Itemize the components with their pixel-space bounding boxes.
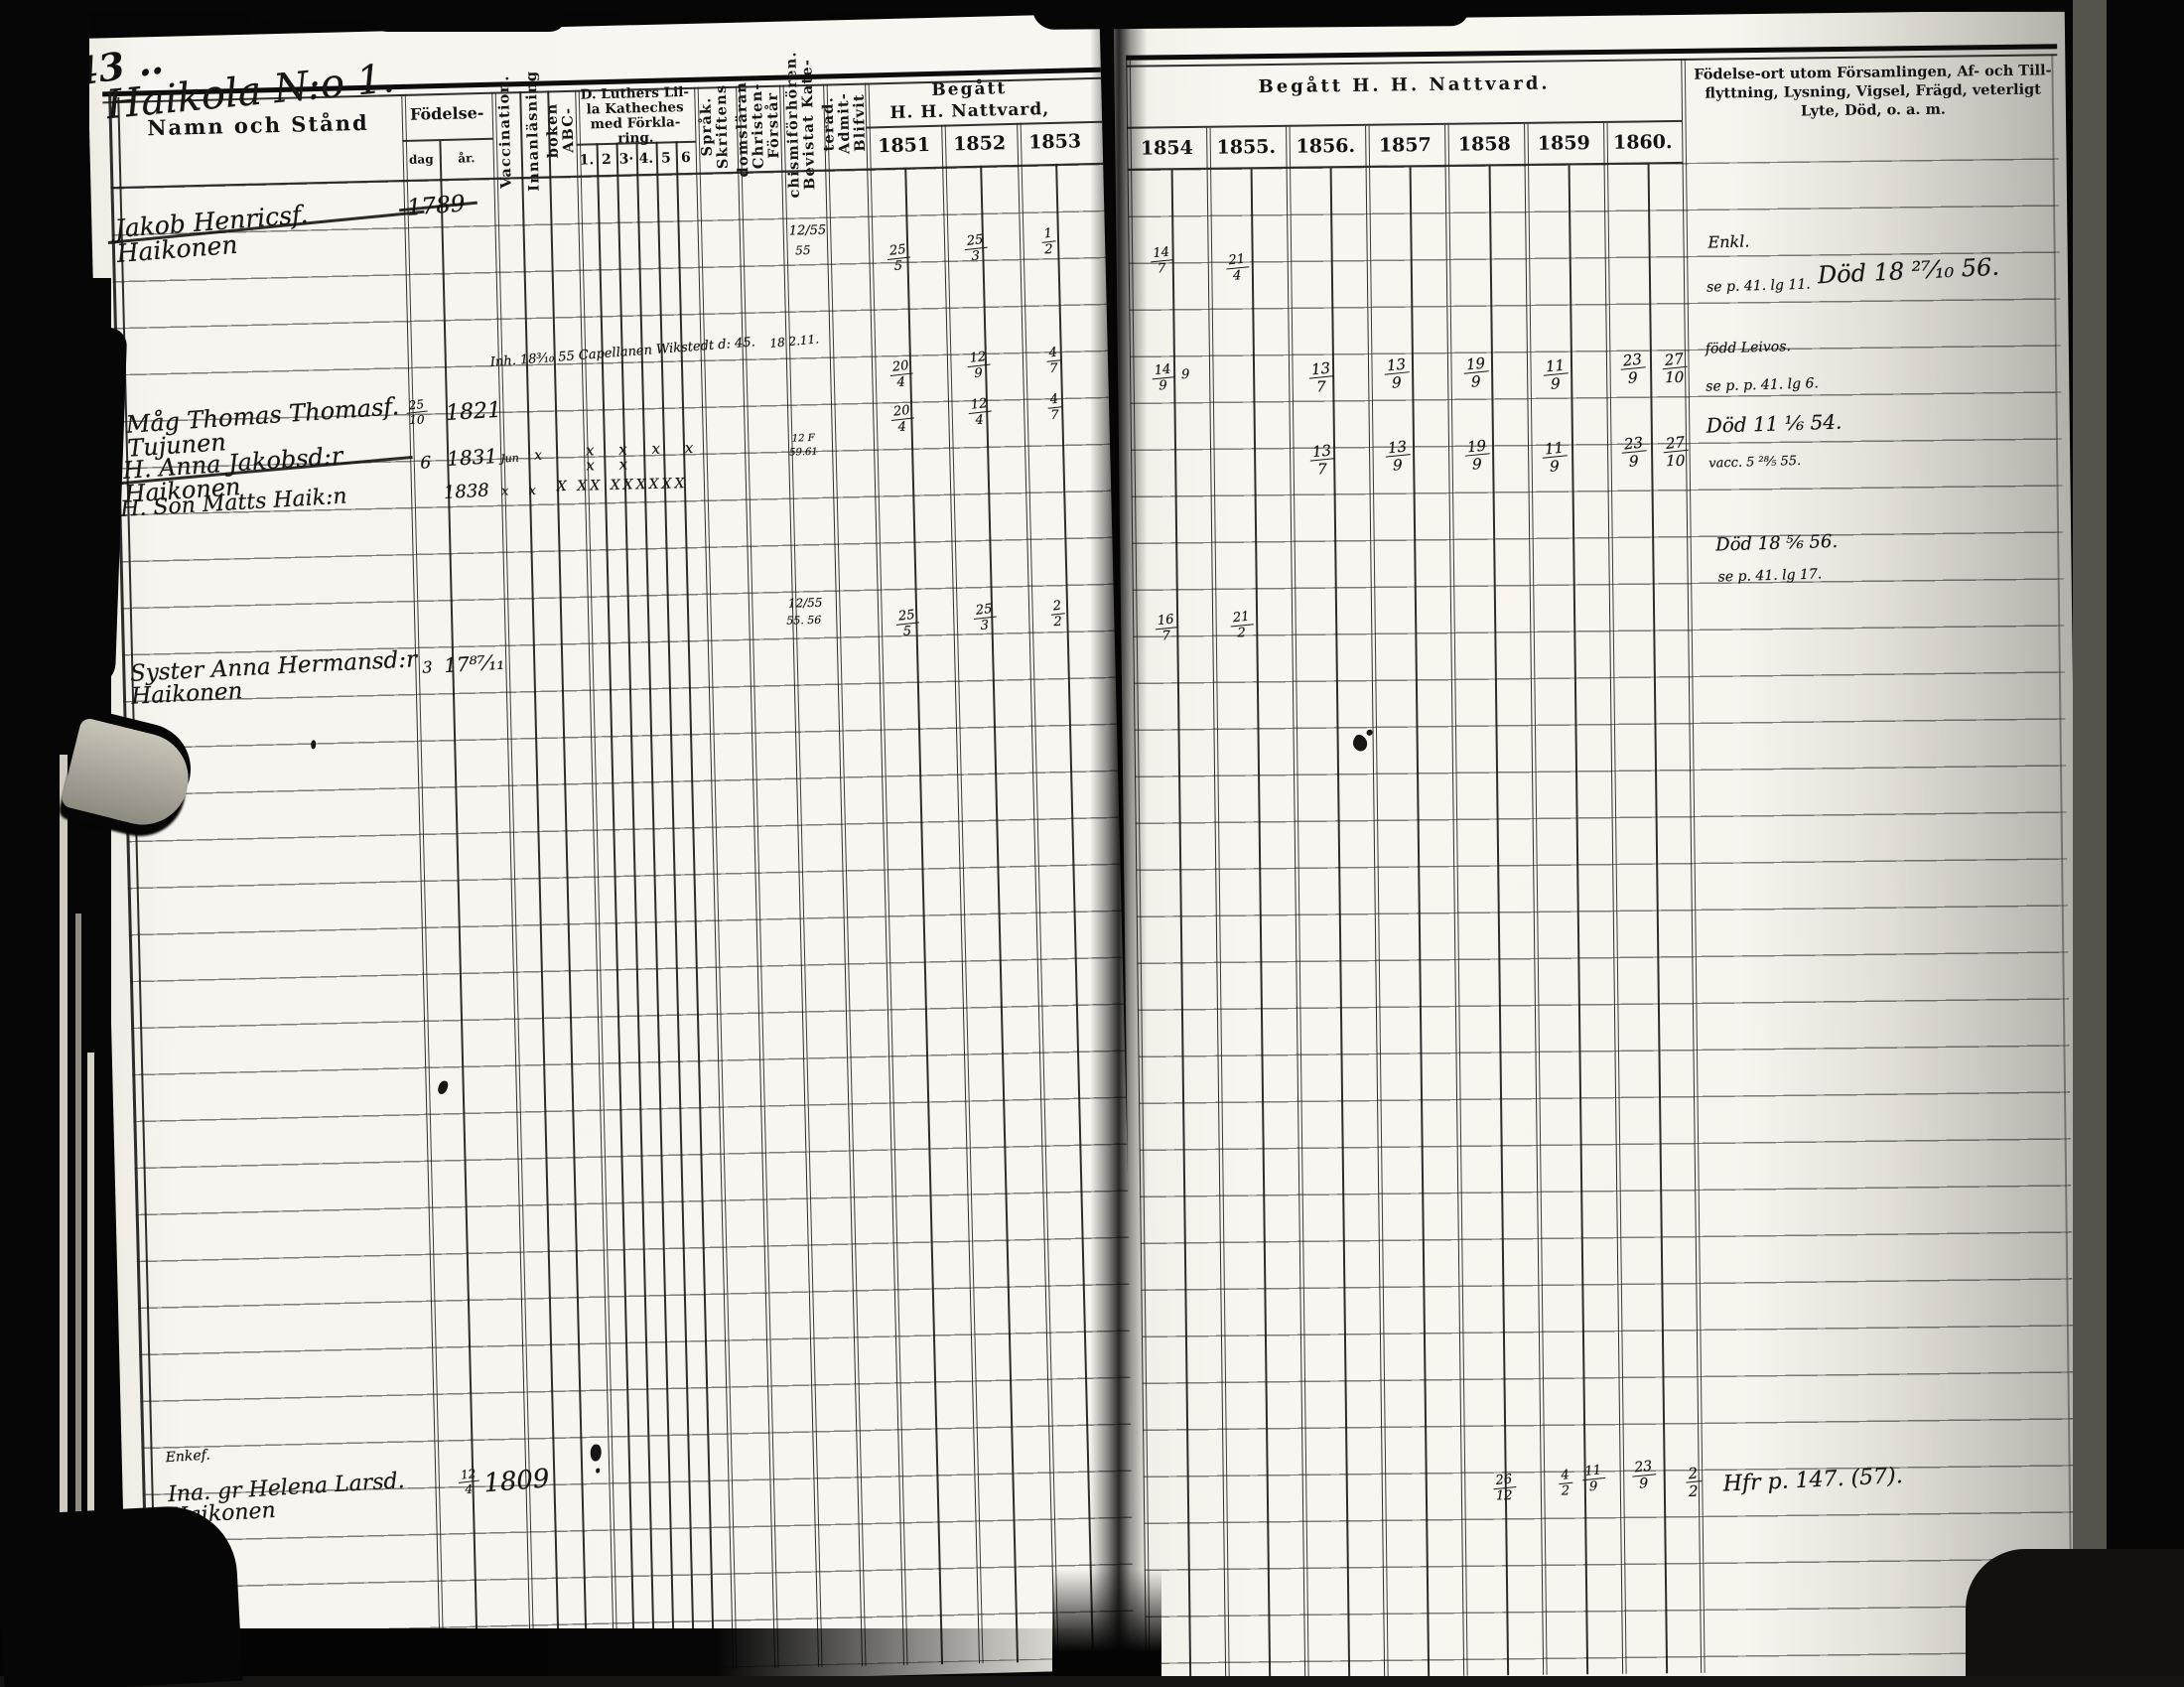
handwriting-row2-1854b: 9: [1181, 368, 1189, 381]
handwriting-row8-title: Enkef.: [165, 1449, 210, 1466]
bevistat-label: Bevistat Kate- chismiförhören.: [784, 51, 819, 199]
fraction-denominator: 7: [1316, 379, 1326, 393]
birth-column-header: Födelse-: [402, 104, 492, 124]
fraction-numerator: 26: [1492, 1474, 1516, 1490]
fraction-numerator: 12: [967, 398, 991, 415]
fraction-numerator: 12: [966, 351, 990, 368]
fraction-denominator: 9: [1471, 374, 1481, 388]
top-border: [1126, 44, 2057, 60]
fraction-denominator: 4: [898, 422, 907, 435]
forstar-label: Förstår Christen- domsläran.: [733, 73, 781, 177]
fraction-denominator: 9: [1472, 457, 1482, 471]
catechism-number-4: 4.: [636, 152, 656, 168]
fraction-denominator: 7: [1158, 263, 1165, 275]
handwriting-row5-vacc: x x: [501, 485, 544, 498]
fraction-numerator: 16: [1155, 614, 1178, 631]
fraction-denominator: 4: [465, 1484, 473, 1496]
right-page-shadow: [2073, 0, 2107, 1687]
handwriting-row4-1856: 137: [1309, 444, 1334, 476]
handwriting-row2-1860a: 239: [1620, 352, 1645, 384]
fraction-numerator: 4: [1558, 1470, 1573, 1485]
handwriting-row7-birthday: 3: [422, 659, 433, 675]
fraction-numerator: 11: [1541, 440, 1568, 459]
fraction-numerator: 25: [887, 244, 910, 261]
fraction-denominator: 9: [974, 368, 983, 381]
fraction-denominator: 2: [1689, 1484, 1699, 1498]
fraction-numerator: 19: [1462, 355, 1489, 374]
handwriting-row2-1857: 139: [1384, 357, 1409, 389]
birth-day-header: dag: [403, 153, 440, 167]
handwriting-mid-note-a: Död 18 ⁵⁄₆ 56.: [1715, 533, 1838, 555]
fraction-numerator: 13: [1307, 360, 1334, 379]
sprak-label: Skriftens Språk.: [698, 80, 732, 173]
fraction-numerator: 4: [1045, 347, 1061, 362]
communion-right-label: Begått H. H. Nattvard.: [1126, 72, 1682, 99]
fraction-numerator: 23: [1631, 1460, 1656, 1477]
fraction-numerator: 19: [1463, 438, 1490, 457]
fraction-numerator: 2: [1685, 1466, 1702, 1483]
fraction-numerator: 27: [1662, 435, 1689, 454]
handwriting-row1-note-a: Enkl.: [1707, 233, 1749, 250]
handwriting-row6-exam-a: 12/55: [788, 597, 823, 610]
handwriting-row5-birthyear: 1838: [444, 482, 490, 502]
top-smudge: [1032, 0, 1469, 30]
fraction-denominator: 2: [1044, 244, 1053, 257]
year-header-1856: 1856.: [1286, 136, 1365, 158]
fraction-numerator: 25: [963, 234, 987, 251]
catechism-column-header: D. Luthers Lil- la Katheches med Förkla-…: [575, 85, 695, 148]
communion-left-label-2: H. H. Nattvard,: [866, 99, 1074, 123]
handwriting-mid-note-b: se p. 41. lg 17.: [1717, 567, 1822, 584]
handwriting-row3-birthday: 2510: [406, 399, 428, 426]
fraction-numerator: 14: [1150, 246, 1173, 263]
fraction-denominator: 9: [1392, 375, 1402, 389]
handwriting-row2-1860b: 2710: [1662, 352, 1687, 384]
handwriting-row1-1855: 214: [1226, 254, 1249, 282]
year-header-1852: 1852: [941, 133, 1017, 156]
handwriting-row5-note: vacc. 5 ²⁸⁄₅ 55.: [1708, 455, 1801, 471]
fraction-denominator: 9: [1639, 1477, 1648, 1490]
fraction-numerator: 11: [1542, 357, 1569, 376]
fraction-denominator: 9: [1551, 376, 1561, 390]
year-header-1851: 1851: [866, 135, 941, 158]
year-header-1853: 1853: [1017, 131, 1092, 154]
handwriting-row6-exam-b: 55. 56: [786, 615, 821, 627]
handwriting-row2-1859: 119: [1543, 358, 1568, 390]
innanlasning-label: Innanläsning: [524, 70, 543, 192]
handwriting-row3-birthyear: 1821: [445, 400, 501, 425]
fraction-denominator: 9: [1589, 1481, 1597, 1493]
fraction-denominator: 2: [1053, 617, 1062, 630]
scanned-register-spread: 43 ‥ Namn och Stånd Födelse-: [0, 0, 2184, 1687]
handwriting-row4-vacc: Jun: [500, 453, 519, 465]
fraction-numerator: 13: [1383, 356, 1410, 375]
bottom-left-corner: [0, 1503, 243, 1687]
handwriting-row1-1852: 253: [964, 235, 987, 264]
handwriting-row4-1859: 119: [1542, 441, 1567, 473]
handwriting-row1-exam-a: 12/55: [789, 224, 827, 238]
fraction-denominator: 4: [896, 377, 905, 390]
fraction-denominator: 4: [1233, 270, 1241, 282]
fraction-numerator: 20: [888, 360, 912, 377]
fraction-numerator: 13: [1384, 439, 1411, 458]
fraction-numerator: 20: [890, 405, 914, 422]
handwriting-row8-1860a: 239: [1632, 1461, 1656, 1490]
handwriting-row3-1852: 124: [968, 399, 991, 428]
handwriting-row8-1858: 2612: [1493, 1475, 1516, 1502]
handwriting-row2-1851: 204: [889, 361, 912, 390]
communion-label-underline: [1127, 120, 1682, 128]
fraction-denominator: 7: [1049, 363, 1058, 376]
fraction-denominator: 5: [903, 626, 912, 638]
handwriting-row2-1854: 149: [1152, 364, 1174, 392]
fraction-denominator: 9: [1550, 459, 1560, 473]
handwriting-row2-1852: 129: [967, 352, 990, 381]
top-smudge: [367, 0, 566, 32]
handwriting-row8-1859a: 42: [1559, 1470, 1573, 1497]
handwriting-row7-birthyear: 17⁸⁷⁄₁₁: [444, 652, 505, 676]
handwriting-row2-note-b: se p. p. 41. lg 6.: [1706, 376, 1819, 393]
handwriting-row4-exam-a: 12 F: [792, 434, 815, 445]
handwriting-row1-year: 1789: [406, 193, 466, 219]
year-header-1859: 1859: [1524, 133, 1603, 155]
fraction-numerator: 23: [1620, 435, 1647, 454]
handwriting-row8-1859b: 119: [1582, 1466, 1605, 1493]
fraction-denominator: 2: [1562, 1485, 1570, 1497]
top-smudge: [615, 0, 824, 18]
handwriting-row2-note-a: född Leivos.: [1706, 340, 1791, 356]
handwriting-row4-1857: 139: [1385, 440, 1410, 472]
fraction-numerator: 21: [1229, 611, 1253, 628]
fraction-denominator: 5: [894, 261, 903, 274]
handwriting-row2-1858: 199: [1463, 356, 1488, 388]
blifvit-column-header: Blifvit Admit- terad.: [821, 77, 867, 170]
communion-left-label-1: Begått: [865, 77, 1073, 101]
left-page: 43 ‥ Namn och Stånd Födelse-: [87, 14, 1140, 1687]
handwriting-row4-1860a: 239: [1621, 436, 1646, 468]
catechism-number-3: 3·: [616, 152, 636, 168]
birth-year-header: år.: [440, 152, 493, 167]
handwriting-row8-1860b: 22: [1686, 1467, 1702, 1498]
handwriting-row3-1853: 47: [1047, 394, 1062, 423]
fraction-denominator: 10: [409, 414, 425, 426]
fraction-numerator: 1: [1040, 227, 1056, 243]
fraction-numerator: 25: [972, 604, 996, 621]
handwriting-row6-1855: 212: [1230, 612, 1253, 639]
fraction-numerator: 25: [895, 609, 919, 626]
fraction-denominator: 7: [1317, 462, 1327, 476]
handwriting-row4-kat: x x x x x x: [586, 440, 716, 473]
year-header-1855: 1855.: [1206, 137, 1286, 159]
fraction-denominator: 3: [971, 251, 980, 264]
handwriting-row6-1854: 167: [1155, 615, 1177, 642]
year-header-1858: 1858: [1444, 134, 1524, 156]
handwriting-row6-1853: 22: [1050, 601, 1065, 630]
fraction-denominator: 2: [1237, 628, 1245, 639]
handwriting-row1-1854: 147: [1151, 247, 1173, 275]
fraction-numerator: 23: [1619, 351, 1646, 370]
fraction-denominator: 9: [1393, 458, 1403, 472]
catechism-number-1: 1.: [577, 153, 597, 169]
fraction-denominator: 9: [1629, 454, 1639, 468]
year-header-1857: 1857: [1365, 135, 1444, 157]
fraction-numerator: 4: [1046, 393, 1062, 409]
handwriting-row2-1853: 47: [1046, 348, 1061, 376]
forstar-column-header: Förstår Christen- domsläran.: [734, 79, 781, 172]
sprak-column-header: Skriftens Språk.: [692, 80, 738, 173]
fraction-numerator: 2: [1049, 600, 1065, 616]
year-header-1860: 1860.: [1603, 132, 1682, 154]
torn-edge-left-lower: [0, 278, 111, 1687]
fraction-numerator: 12: [458, 1469, 480, 1484]
bottom-strip: [0, 1676, 2184, 1687]
blifvit-label: Blifvit Admit- terad.: [819, 77, 868, 170]
bevistat-column-header: Bevistat Kate- chismiförhören.: [777, 78, 825, 171]
abc-column-header: ABC-boken: [545, 84, 577, 177]
fraction-denominator: 7: [1050, 410, 1059, 423]
handwriting-row4-note: Död 11 ¹⁄₆ 54.: [1706, 412, 1842, 436]
bottom-right-shadow: [1966, 1549, 2184, 1687]
handwriting-row4-innan: x: [534, 449, 542, 463]
handwriting-row1-1851: 255: [887, 245, 909, 274]
handwriting-row6-1852: 253: [973, 605, 996, 633]
fraction-numerator: 11: [1581, 1465, 1605, 1481]
handwriting-row1-note-b: se p. 41. lg 11.: [1706, 278, 1811, 295]
handwriting-row4-birthday: 6: [420, 455, 431, 472]
handwriting-row8-birthyear: 1809: [482, 1466, 550, 1496]
binding-gutter-shadow: [1090, 0, 1148, 1687]
catechism-number-5: 5: [656, 151, 676, 167]
fraction-denominator: 7: [1161, 631, 1169, 642]
fraction-denominator: 4: [975, 415, 984, 428]
right-page: Begått H. H. Nattvard. 1854 1855. 1856. …: [1114, 10, 2085, 1687]
fraction-denominator: 12: [1496, 1490, 1513, 1503]
handwriting-row3-1851: 204: [890, 405, 913, 434]
fraction-numerator: 25: [405, 399, 428, 415]
fraction-denominator: 10: [1666, 454, 1685, 468]
fraction-denominator: 3: [980, 621, 989, 633]
ruled-rows: [110, 164, 1139, 1682]
handwriting-row1-1853: 12: [1041, 228, 1056, 257]
birth-label-underline: [402, 138, 492, 142]
fraction-numerator: 14: [1151, 363, 1174, 380]
handwriting-row4-1860b: 2710: [1663, 436, 1688, 468]
handwriting-row4-1858: 199: [1464, 439, 1489, 471]
fraction-denominator: 10: [1665, 370, 1684, 384]
handwriting-row6-1851: 255: [895, 610, 918, 638]
handwriting-row2-1856: 137: [1308, 361, 1333, 393]
notes-column-header: Födelse-ort utom Församlingen, Af- och T…: [1688, 62, 2058, 122]
fraction-numerator: 13: [1308, 443, 1335, 462]
fraction-numerator: 21: [1225, 253, 1249, 270]
left-page-handwriting-layer: Haikola N:o 1.Jakob Henricsf. Haikonen17…: [87, 14, 1100, 39]
handwriting-row1-exam-b: 55: [795, 244, 811, 256]
ruled-rows: [1128, 158, 2078, 1681]
abc-label: ABC-boken: [544, 84, 578, 177]
handwriting-row4-exam-b: 59.61: [789, 448, 818, 459]
fraction-denominator: 9: [1628, 370, 1638, 384]
fraction-numerator: 27: [1661, 351, 1688, 370]
torn-edge-right: [2103, 0, 2184, 1687]
handwriting-row8-birthday: 124: [458, 1469, 479, 1495]
fraction-denominator: 9: [1159, 380, 1166, 392]
catechism-number-2: 2: [597, 153, 616, 169]
vaccination-label: Vaccination.: [496, 74, 514, 189]
handwriting-row4-birthyear: 1831: [447, 446, 498, 469]
